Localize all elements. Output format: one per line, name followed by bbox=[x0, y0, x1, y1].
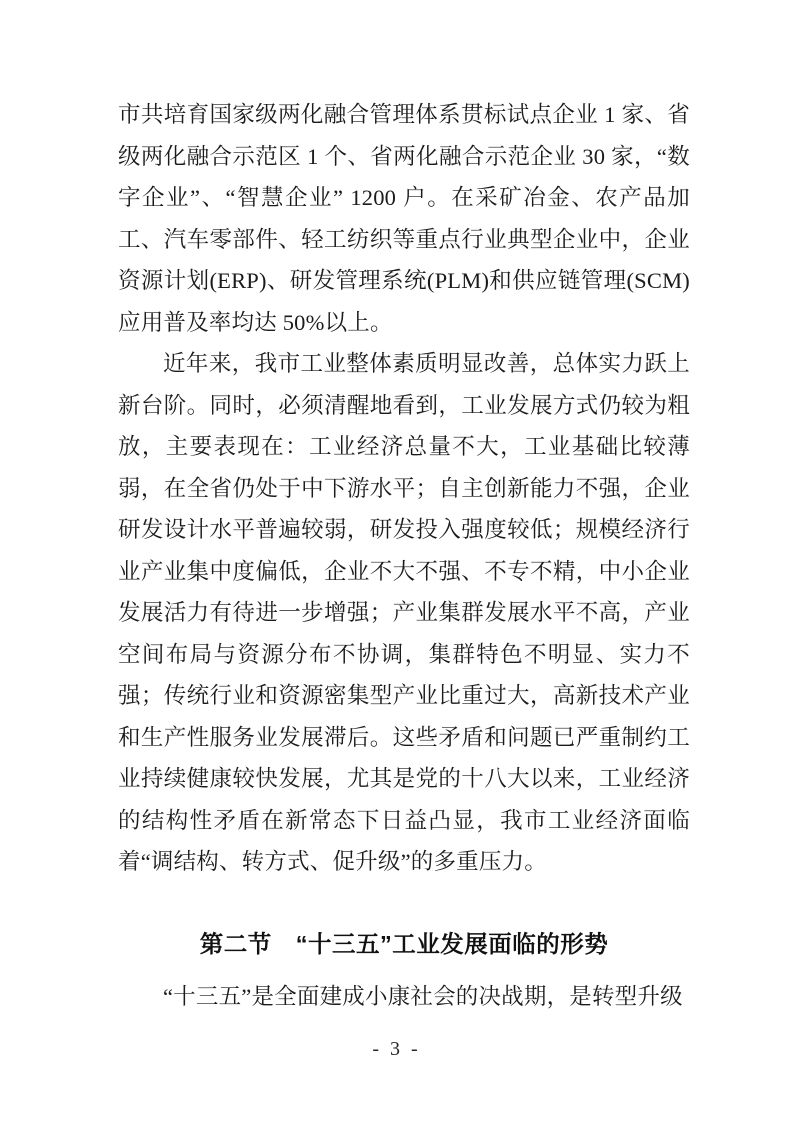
paragraph-continuation: 市共培育国家级两化融合管理体系贯标试点企业 1 家、省级两化融合示范区 1 个、… bbox=[118, 94, 690, 343]
paragraph-body: 近年来，我市工业整体素质明显改善，总体实力跃上新台阶。同时，必须清醒地看到，工业… bbox=[118, 343, 690, 883]
document-content: 市共培育国家级两化融合管理体系贯标试点企业 1 家、省级两化融合示范区 1 个、… bbox=[118, 94, 690, 1017]
page-number: - 3 - bbox=[0, 1036, 793, 1062]
paragraph-after-heading: “十三五”是全面建成小康社会的决战期，是转型升级 bbox=[118, 976, 690, 1018]
section-heading: 第二节 “十三五”工业发展面临的形势 bbox=[118, 919, 690, 969]
document-page: 市共培育国家级两化融合管理体系贯标试点企业 1 家、省级两化融合示范区 1 个、… bbox=[0, 0, 793, 1122]
